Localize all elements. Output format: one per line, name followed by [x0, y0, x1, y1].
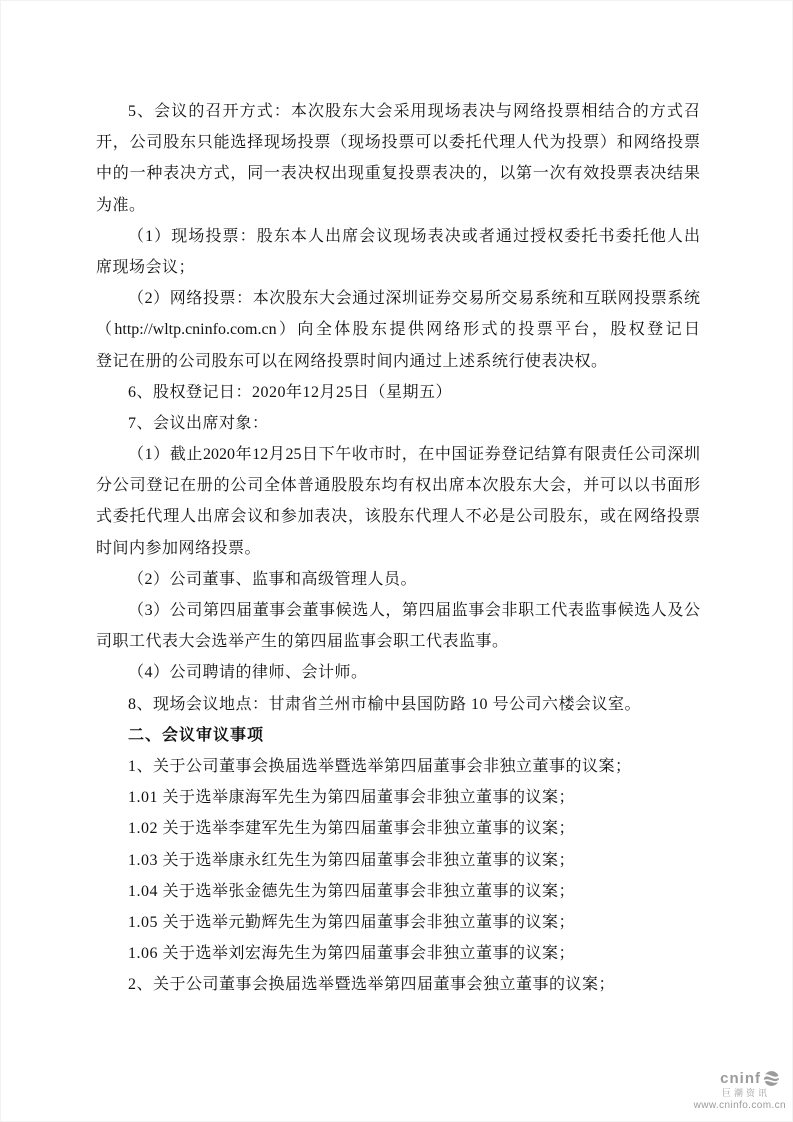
document-line: 6、股权登记日：2020年12月25日（星期五）: [96, 377, 700, 408]
document-line: （2）网络投票：本次股东大会通过深圳证券交易所交易系统和互联网投票系统: [96, 283, 700, 314]
cninfo-swirl-icon: [763, 1070, 780, 1087]
document-line: （2）公司董事、监事和高级管理人员。: [96, 564, 700, 595]
document-body: 5、会议的召开方式：本次股东大会采用现场表决与网络投票相结合的方式召开，公司股东…: [96, 96, 700, 1000]
page: 5、会议的召开方式：本次股东大会采用现场表决与网络投票相结合的方式召开，公司股东…: [0, 0, 793, 1122]
document-line: 2、关于公司董事会换届选举暨选举第四届董事会独立董事的议案；: [96, 969, 700, 1000]
document-line: 分公司登记在册的公司全体普通股股东均有权出席本次股东大会，并可以以书面形: [96, 470, 700, 501]
document-line: 1.02 关于选举李建军先生为第四届董事会非独立董事的议案；: [96, 813, 700, 844]
document-line: 1、关于公司董事会换届选举暨选举第四届董事会非独立董事的议案；: [96, 751, 700, 782]
document-line: 司职工代表大会选举产生的第四届监事会职工代表监事。: [96, 626, 700, 657]
document-line: 1.04 关于选举张金德先生为第四届董事会非独立董事的议案；: [96, 876, 700, 907]
cninfo-url-text: www.cninfo.com.cn: [694, 1101, 786, 1111]
document-line: 式委托代理人出席会议和参加表决，该股东代理人不必是公司股东，或在网络投票: [96, 501, 700, 532]
document-line: 登记在册的公司股东可以在网络投票时间内通过上述系统行使表决权。: [96, 346, 700, 377]
document-line: （3）公司第四届董事会董事候选人，第四届监事会非职工代表监事候选人及公: [96, 595, 700, 626]
document-line: （4）公司聘请的律师、会计师。: [96, 657, 700, 688]
document-line: 席现场会议；: [96, 252, 700, 283]
document-line: 时间内参加网络投票。: [96, 533, 700, 564]
document-line: （1）截止2020年12月25日下午收市时，在中国证券登记结算有限责任公司深圳: [96, 439, 700, 470]
document-line: 5、会议的召开方式：本次股东大会采用现场表决与网络投票相结合的方式召: [96, 96, 700, 127]
section-heading: 二、会议审议事项: [96, 720, 700, 751]
document-line: （http://wltp.cninfo.com.cn）向全体股东提供网络形式的投…: [96, 314, 700, 345]
document-line: 1.06 关于选举刘宏海先生为第四届董事会非独立董事的议案；: [96, 938, 700, 969]
document-line: 1.01 关于选举康海军先生为第四届董事会非独立董事的议案；: [96, 782, 700, 813]
cninfo-brand-text: cninf: [720, 1071, 761, 1086]
document-line: 中的一种表决方式，同一表决权出现重复投票表决的，以第一次有效投票表决结果: [96, 158, 700, 189]
document-line: 7、会议出席对象：: [96, 408, 700, 439]
document-line: （1）现场投票：股东本人出席会议现场表决或者通过授权委托书委托他人出: [96, 221, 700, 252]
cninfo-brand-row: cninf: [720, 1070, 780, 1087]
document-line: 1.03 关于选举康永红先生为第四届董事会非独立董事的议案；: [96, 845, 700, 876]
document-line: 开，公司股东只能选择现场投票（现场投票可以委托代理人代为投票）和网络投票: [96, 127, 700, 158]
document-line: 1.05 关于选举元勤辉先生为第四届董事会非独立董事的议案；: [96, 907, 700, 938]
cninfo-logo: cninf 巨潮资讯 www.cninfo.com.cn: [694, 1070, 786, 1111]
document-line: 为准。: [96, 190, 700, 221]
cninfo-chinese-name: 巨潮资讯: [722, 1089, 770, 1098]
document-line: 8、现场会议地点：甘肃省兰州市榆中县国防路 10 号公司六楼会议室。: [96, 689, 700, 720]
